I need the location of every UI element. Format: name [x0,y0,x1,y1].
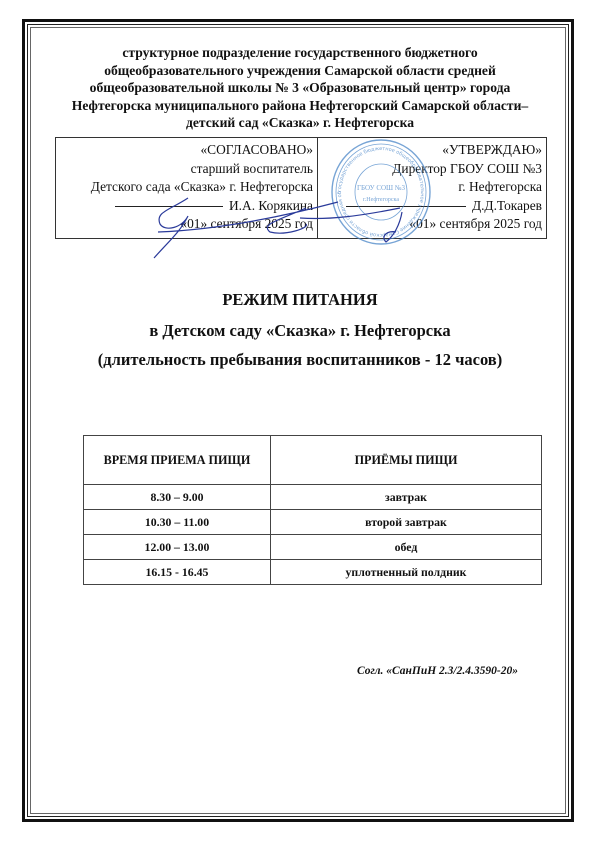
org-header-line: общеобразовательной школы № 3 «Образоват… [60,79,540,97]
org-header-line: Нефтегорска муниципального района Нефтег… [60,97,540,115]
agreed-organization: Детского сада «Сказка» г. Нефтегорска [56,178,313,197]
approved-signatory-row: Д.Д.Токарев [318,197,542,216]
meal-name-cell: обед [271,535,542,560]
meal-name-cell: завтрак [271,485,542,510]
signature-line [115,206,223,207]
document-subtitle-duration: (длительность пребывания воспитанников -… [60,349,540,371]
document-title: РЕЖИМ ПИТАНИЯ [60,289,540,311]
meal-name-cell: уплотненный полдник [271,560,542,585]
approved-date: «01» сентября 2025 год [318,215,542,234]
organization-header: структурное подразделение государственно… [60,44,540,132]
agreed-heading: «СОГЛАСОВАНО» [56,141,313,160]
meal-time-cell: 16.15 - 16.45 [84,560,271,585]
regulation-footnote: Согл. «СанПиН 2.3/2.4.3590-20» [357,665,518,677]
approved-position: Директор ГБОУ СОШ №3 [318,160,542,179]
meal-schedule-table: ВРЕМЯ ПРИЕМА ПИЩИ ПРИЁМЫ ПИЩИ 8.30 – 9.0… [83,435,542,585]
column-header-meal: ПРИЁМЫ ПИЩИ [271,436,542,485]
agreed-position: старший воспитатель [56,160,313,179]
agreed-date: «01» сентября 2025 год [56,215,313,234]
org-header-line: детский сад «Сказка» г. Нефтегорска [60,114,540,132]
table-row: 8.30 – 9.00 завтрак [84,485,542,510]
meal-name-cell: второй завтрак [271,510,542,535]
org-header-line: общеобразовательного учреждения Самарско… [60,62,540,80]
agreed-signatory: И.А. Корякина [229,198,313,213]
meal-time-cell: 12.00 – 13.00 [84,535,271,560]
meal-time-cell: 8.30 – 9.00 [84,485,271,510]
table-row: 12.00 – 13.00 обед [84,535,542,560]
signature-line [346,206,466,207]
agreed-section: «СОГЛАСОВАНО» старший воспитатель Детско… [55,138,318,238]
approval-block: «СОГЛАСОВАНО» старший воспитатель Детско… [55,137,547,239]
approved-section: «УТВЕРЖДАЮ» Директор ГБОУ СОШ №3 г. Нефт… [318,138,547,238]
table-header-row: ВРЕМЯ ПРИЕМА ПИЩИ ПРИЁМЫ ПИЩИ [84,436,542,485]
org-header-line: структурное подразделение государственно… [60,44,540,62]
table-row: 10.30 – 11.00 второй завтрак [84,510,542,535]
column-header-time: ВРЕМЯ ПРИЕМА ПИЩИ [84,436,271,485]
agreed-signatory-row: И.А. Корякина [56,197,313,216]
table-row: 16.15 - 16.45 уплотненный полдник [84,560,542,585]
document-subtitle: в Детском саду «Сказка» г. Нефтегорска [60,320,540,342]
approved-heading: «УТВЕРЖДАЮ» [318,141,542,160]
document-title-block: РЕЖИМ ПИТАНИЯ в Детском саду «Сказка» г.… [60,289,540,371]
meal-time-cell: 10.30 – 11.00 [84,510,271,535]
approved-organization: г. Нефтегорска [318,178,542,197]
approved-signatory: Д.Д.Токарев [472,198,542,213]
